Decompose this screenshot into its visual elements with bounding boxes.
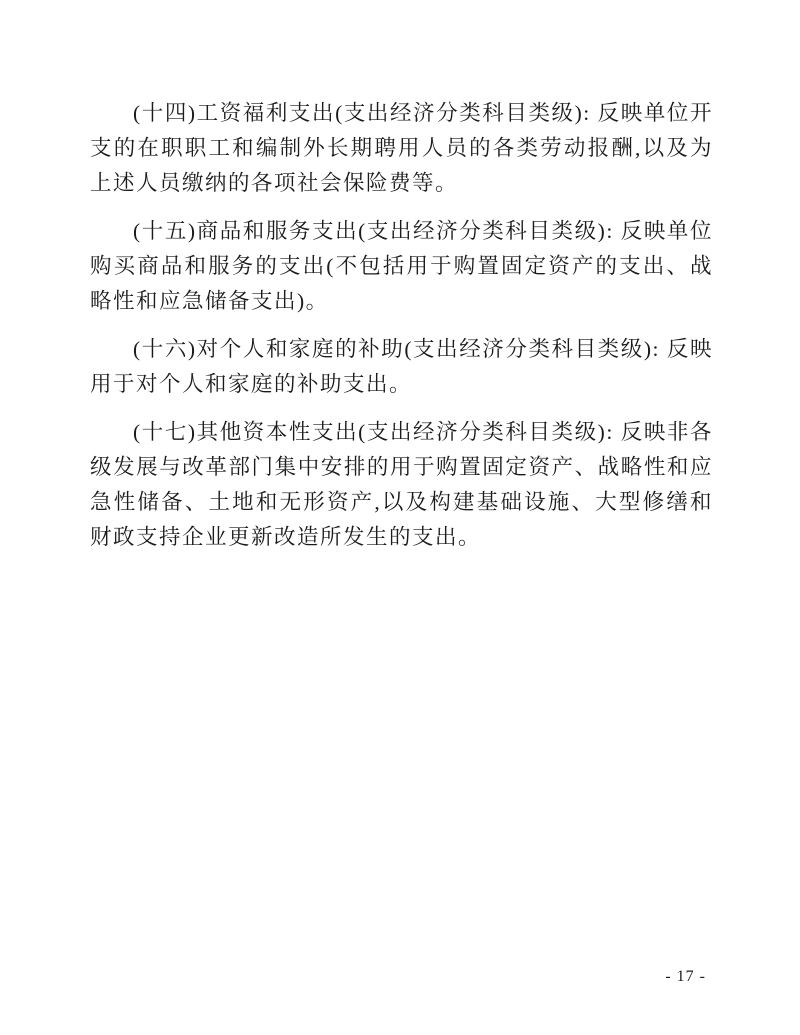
paragraph-item-17: (十七)其他资本性支出(支出经济分类科目类级): 反映非各级发展与改革部门集中安… bbox=[90, 415, 713, 555]
paragraph-item-16: (十六)对个人和家庭的补助(支出经济分类科目类级): 反映用于对个人和家庭的补助… bbox=[90, 332, 713, 402]
document-body: (十四)工资福利支出(支出经济分类科目类级): 反映单位开支的在职职工和编制外长… bbox=[90, 96, 713, 568]
document-page: (十四)工资福利支出(支出经济分类科目类级): 反映单位开支的在职职工和编制外长… bbox=[0, 0, 800, 1035]
page-number: - 17 - bbox=[665, 968, 706, 986]
paragraph-item-14: (十四)工资福利支出(支出经济分类科目类级): 反映单位开支的在职职工和编制外长… bbox=[90, 96, 713, 201]
paragraph-item-15: (十五)商品和服务支出(支出经济分类科目类级): 反映单位购买商品和服务的支出(… bbox=[90, 214, 713, 319]
